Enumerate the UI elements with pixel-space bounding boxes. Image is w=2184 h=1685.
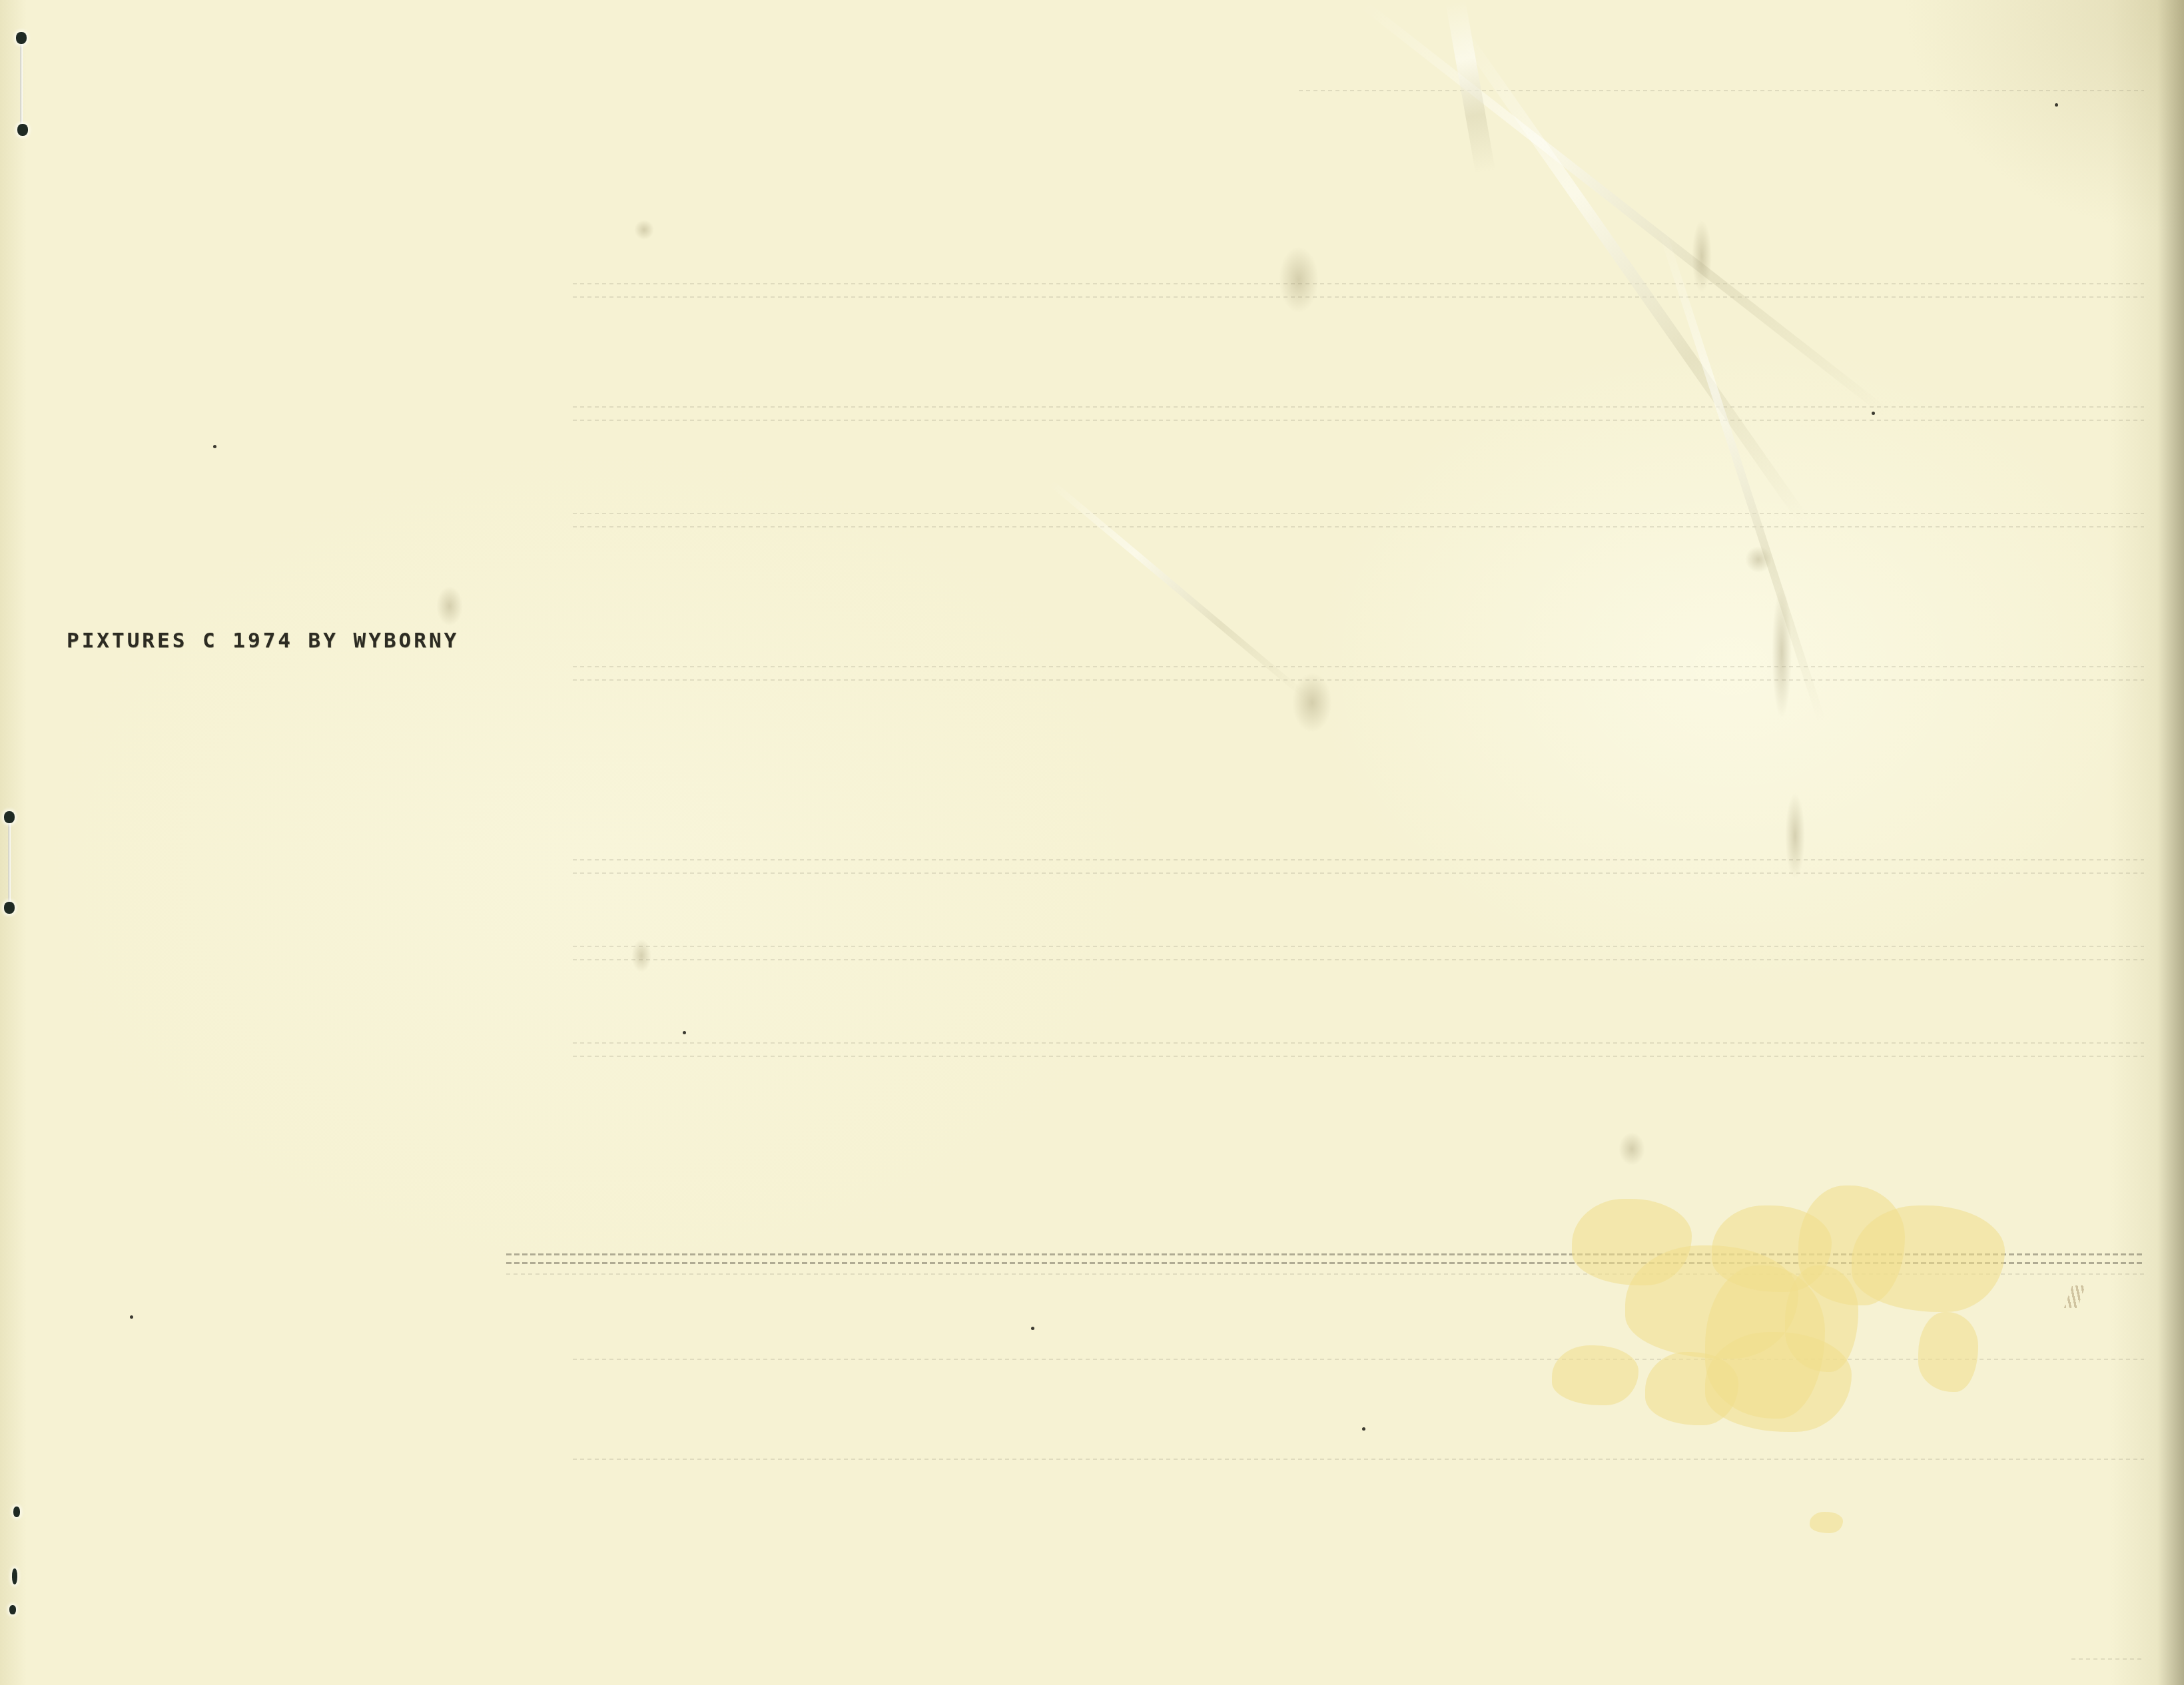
binding-strip-middle bbox=[8, 813, 11, 906]
water-stain bbox=[1852, 1205, 2005, 1312]
water-stain-drop bbox=[1810, 1512, 1843, 1533]
rule-line bbox=[573, 959, 2144, 960]
rule-line bbox=[573, 666, 2144, 667]
speck bbox=[1362, 1427, 1365, 1431]
binding-hole bbox=[9, 1605, 16, 1614]
smudge bbox=[1772, 586, 1792, 719]
crease bbox=[1455, 27, 1809, 525]
scanned-page: PIXTURES C 1974 BY WYBORNY bbox=[0, 0, 2184, 1685]
speck bbox=[213, 445, 216, 448]
smudge bbox=[634, 220, 654, 240]
crease bbox=[1359, 0, 1890, 418]
rule-line bbox=[573, 513, 2144, 514]
water-stain bbox=[1785, 1265, 1858, 1372]
smudge bbox=[1692, 220, 1712, 293]
speck bbox=[1031, 1327, 1034, 1330]
water-stain bbox=[1645, 1352, 1738, 1425]
crease bbox=[1445, 0, 1495, 174]
binding-strip-top bbox=[20, 33, 23, 133]
rule-line bbox=[573, 946, 2144, 947]
binding-hole bbox=[12, 1568, 17, 1584]
speck bbox=[1872, 412, 1875, 415]
rule-line bbox=[573, 296, 2144, 298]
binding-hole bbox=[13, 1507, 20, 1517]
rule-line bbox=[573, 283, 2144, 284]
rule-line bbox=[573, 1042, 2144, 1044]
smudge bbox=[436, 586, 463, 626]
rule-line bbox=[573, 406, 2144, 408]
water-stain bbox=[1552, 1345, 1638, 1405]
speck bbox=[683, 1031, 686, 1034]
smudge bbox=[1619, 1132, 1645, 1166]
rule-line bbox=[1299, 90, 2144, 91]
water-stain bbox=[1918, 1312, 1978, 1392]
smudge bbox=[1292, 673, 1332, 733]
speck bbox=[2055, 103, 2058, 107]
smudge bbox=[1785, 793, 1805, 879]
pencil-mark bbox=[2064, 1285, 2085, 1308]
rule-line bbox=[2071, 1658, 2144, 1660]
binding-hole bbox=[17, 124, 28, 136]
rule-line bbox=[573, 1459, 2144, 1460]
binding-hole bbox=[16, 32, 27, 44]
smudge bbox=[631, 939, 651, 972]
rule-line bbox=[573, 679, 2144, 681]
binding-hole bbox=[4, 902, 15, 914]
smudge bbox=[1745, 546, 1772, 573]
binding-hole bbox=[4, 811, 15, 823]
rule-line bbox=[573, 872, 2144, 874]
rule-line bbox=[573, 1056, 2144, 1057]
rule-line bbox=[573, 1359, 2144, 1360]
rule-line bbox=[573, 526, 2144, 527]
smudge bbox=[1279, 246, 1319, 313]
speck bbox=[130, 1315, 133, 1319]
rule-line bbox=[573, 859, 2144, 860]
printed-title-text: PIXTURES C 1974 BY WYBORNY bbox=[67, 629, 459, 653]
rule-line bbox=[573, 420, 2144, 421]
